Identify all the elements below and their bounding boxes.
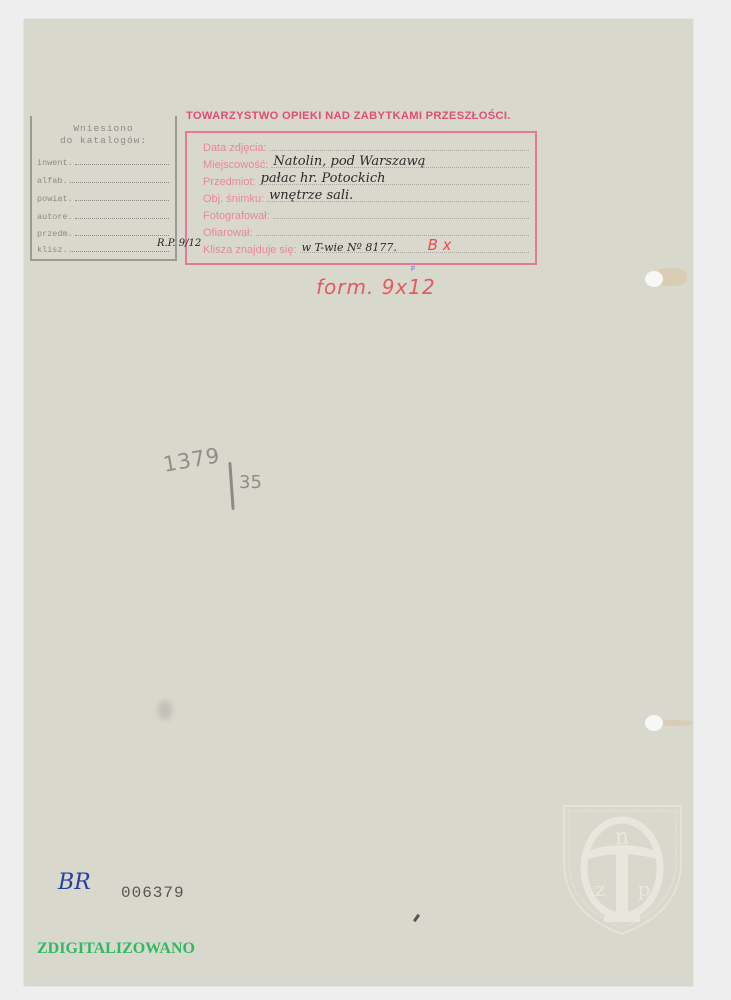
pencil-number-bottom: 35 <box>239 472 262 493</box>
stamp-row-place: Miejscowość:Natolin, pod Warszawą <box>203 155 529 171</box>
svg-text:n: n <box>615 825 629 850</box>
stamp-row-photographer: Fotografował: <box>203 206 529 222</box>
hole-stain <box>658 720 692 726</box>
catalog-row: alfab. <box>37 174 169 186</box>
society-stamp-title: TOWARZYSTWO OPIEKI NAD ZABYTKAMI PRZESZŁ… <box>186 110 511 122</box>
inventory-number: 006379 <box>121 884 185 902</box>
rp-note: R.P. 9/12 <box>157 238 201 249</box>
stamp-row-scope: Obj. śnimku:wnętrze sali. <box>203 189 529 205</box>
catalog-row: autore. <box>37 210 169 222</box>
catalog-stamp: Wniesiono do katalogów: inwent. alfab. p… <box>30 116 177 261</box>
catalog-row: klisz. <box>37 243 169 255</box>
punch-hole-top <box>645 271 663 287</box>
format-note: form. 9x12 <box>316 275 436 299</box>
catalog-header: Wniesiono do katalogów: <box>32 123 175 147</box>
svg-text:p: p <box>638 877 651 901</box>
crest-watermark-icon: n z p <box>560 802 685 937</box>
catalog-row: inwent. <box>37 156 169 168</box>
stamp-row-donor: Ofiarował: <box>203 223 529 239</box>
stamp-row-negative: Klisza znajduje się:w T-wie Nº 8177.B x <box>203 240 529 256</box>
tiny-mark: F <box>411 266 415 273</box>
stamp-row-date: Data zdjęcia: <box>203 138 529 154</box>
stamp-row-subject: Przedmiot:pałac hr. Potockich <box>203 172 529 188</box>
catalog-row: powiat. <box>37 192 169 204</box>
digitized-stamp: ZDIGITALIZOWANO <box>37 940 195 958</box>
catalog-row: przedm. <box>37 227 169 239</box>
society-stamp-box: Data zdjęcia: Miejscowość:Natolin, pod W… <box>185 131 537 265</box>
svg-text:z: z <box>595 877 606 901</box>
br-mark: BR <box>58 870 91 895</box>
punch-hole-bottom <box>645 715 663 731</box>
smudge <box>158 700 172 720</box>
